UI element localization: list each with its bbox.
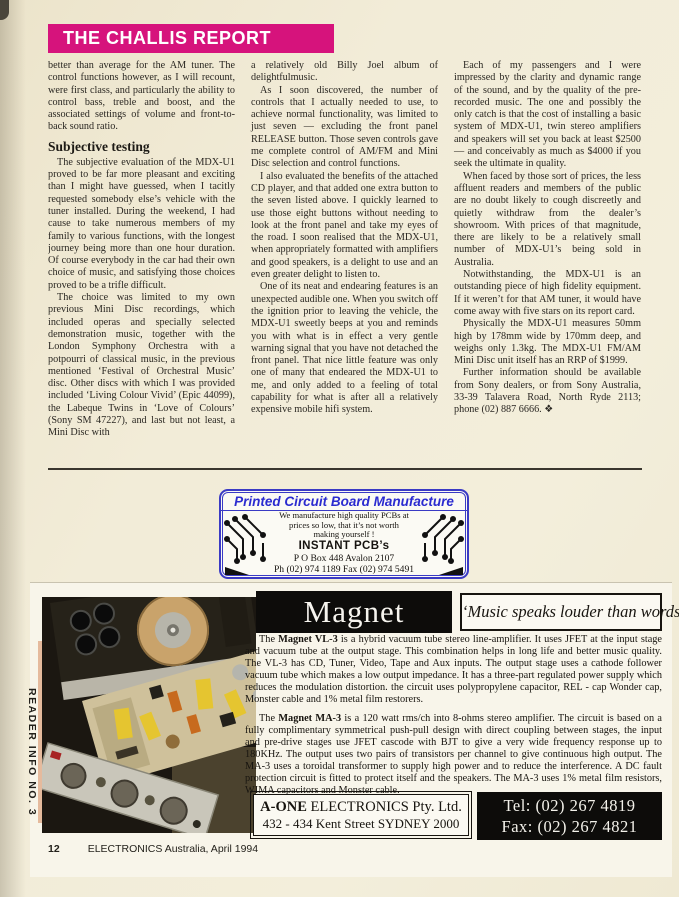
fax-number: Fax: (02) 267 4821 [477,816,662,837]
article-body: better than average for the AM tuner. Th… [48,60,642,472]
section-header-banner: THE CHALLIS REPORT [48,24,334,53]
paragraph: Notwithstanding, the MDX-U1 is an outsta… [454,269,641,318]
text-run: The [259,634,278,645]
circuit-trace-icon [413,513,465,577]
article-column-1: better than average for the AM tuner. Th… [48,60,235,472]
paragraph: The subjective evaluation of the MDX-U1 … [48,157,235,292]
paragraph: Each of my passengers and I were impress… [454,60,641,171]
product-name-ma3: Magnet MA-3 [278,713,341,724]
paragraph: As I soon discovered, the number of cont… [251,85,438,171]
reader-info-vertical-label: READER INFO NO. 3 [26,688,38,816]
magazine-page: THE CHALLIS REPORT better than average f… [0,0,679,897]
page-footer: 12 ELECTRONICS Australia, April 1994 [48,843,258,855]
telfax-box: Tel: (02) 267 4819 Fax: (02) 267 4821 [477,792,662,840]
magnet-paragraph-ma3: The Magnet MA-3 is a 120 watt rms/ch int… [245,713,662,796]
paragraph: a relatively old Billy Joel album of del… [251,60,438,85]
subheading-subjective-testing: Subjective testing [48,139,235,154]
pcb-manufacture-ad: Printed Circuit Board Manufacture [219,489,469,579]
pcb-ad-body: We manufacture high quality PCBs at pric… [221,511,467,575]
dealer-name: A-ONE ELECTRONICS Pty. Ltd. [254,799,468,816]
product-name-vl3: Magnet VL-3 [278,634,338,645]
paragraph: I also evaluated the benefits of the att… [251,171,438,282]
circuit-trace-icon [223,513,275,577]
paragraph: better than average for the AM tuner. Th… [48,60,235,134]
article-column-3: Each of my passengers and I were impress… [454,60,641,472]
article-end-rule [48,468,642,470]
magnet-slogan: ‘Music speaks louder than words’ [460,593,662,631]
telephone-number: Tel: (02) 267 4819 [477,795,662,816]
paragraph: The choice was limited to my own previou… [48,292,235,440]
magazine-title-date: ELECTRONICS Australia, April 1994 [88,843,258,855]
magnet-ad: Magnet ‘Music speaks louder than words’ … [40,587,662,839]
dealer-name-bold: A-ONE [260,799,307,815]
dealer-info-box: A-ONE ELECTRONICS Pty. Ltd. 432 - 434 Ke… [253,794,469,836]
paragraph: One of its neat and endearing features i… [251,281,438,416]
text-run: is a 120 watt rms/ch into 8-ohms stereo … [245,713,662,795]
magnet-amplifier-photo [42,597,256,833]
scan-corner-mark [0,0,9,20]
page-number: 12 [48,843,60,855]
paragraph: Physically the MDX-U1 measures 50mm high… [454,318,641,367]
magnet-ad-band: Magnet ‘Music speaks louder than words’ … [30,582,672,877]
magnet-ad-copy: The Magnet VL-3 is a hybrid vacuum tube … [245,634,662,805]
paragraph: When faced by those sort of prices, the … [454,171,641,269]
paragraph-with-end-mark: Further information should be available … [454,367,641,416]
dealer-address: 432 - 434 Kent Street SYDNEY 2000 [254,816,468,831]
text-run: The [259,713,278,724]
magnet-paragraph-vl3: The Magnet VL-3 is a hybrid vacuum tube … [245,634,662,705]
dealer-name-rest: ELECTRONICS Pty. Ltd. [307,799,462,815]
pcb-ad-title: Printed Circuit Board Manufacture [221,494,467,511]
magnet-brand-logo: Magnet [256,591,452,633]
article-column-2: a relatively old Billy Joel album of del… [251,60,438,472]
